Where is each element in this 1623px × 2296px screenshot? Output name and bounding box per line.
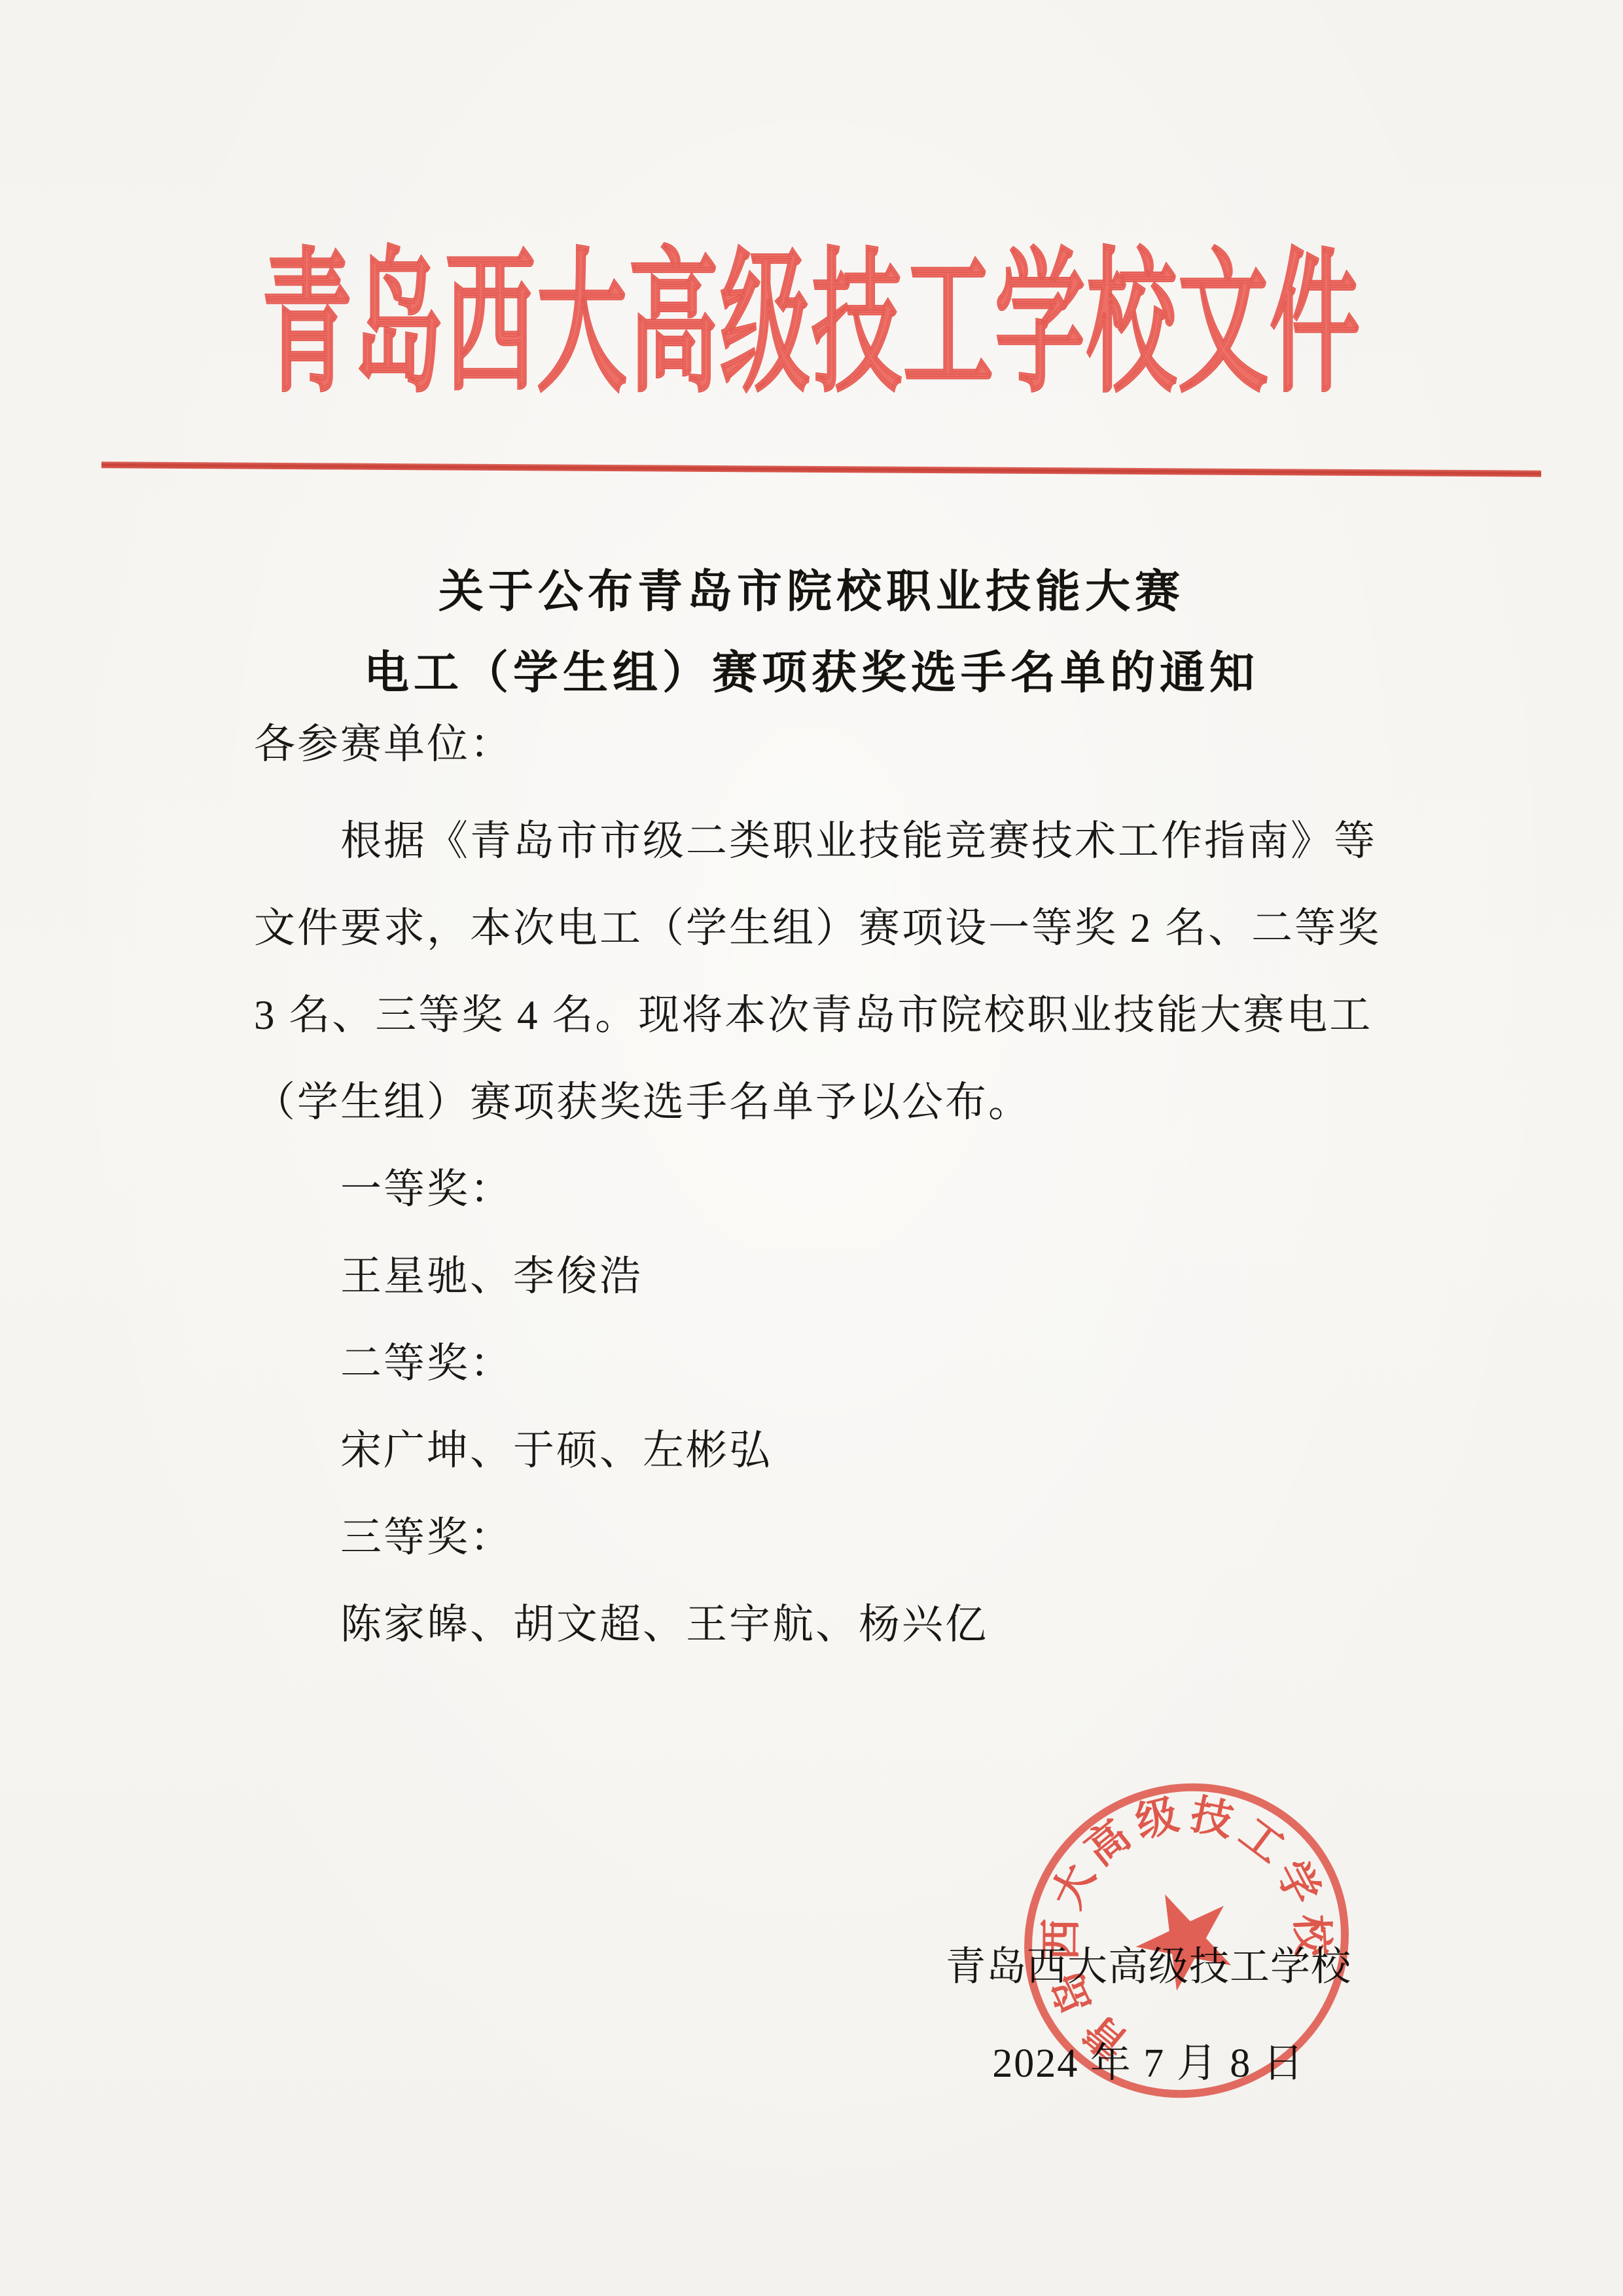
red-divider-rule (101, 461, 1541, 476)
award-label-third: 三等奖： (340, 1515, 513, 1560)
letterhead-title: 青岛西大高级技工学校文件 (0, 241, 1623, 339)
salutation: 各参赛单位： (254, 721, 513, 767)
award-label-first: 一等奖： (340, 1166, 513, 1212)
award-names-third: 陈家皞、胡文超、王宇航、杨兴亿 (340, 1602, 988, 1647)
stamp-star-icon (1121, 1874, 1248, 1999)
award-names-second: 宋广坤、于硕、左彬弘 (340, 1427, 772, 1473)
award-names-first: 王星驰、李俊浩 (340, 1253, 643, 1299)
award-label-second: 二等奖： (340, 1340, 513, 1386)
paragraph-line: 文件要求，本次电工（学生组）赛项设一等奖 2 名、二等奖 (254, 905, 1381, 951)
official-stamp: 青岛西大高级技工学校 (1003, 1757, 1370, 2124)
doc-title-line-2: 电工（学生组）赛项获奖选手名单的通知 (0, 636, 1623, 701)
stamp-rotated-group: 青岛西大高级技工学校 (1003, 1757, 1370, 2124)
doc-title-line-1: 关于公布青岛市院校职业技能大赛 (0, 555, 1623, 620)
letterhead-title-text: 青岛西大高级技工学校文件 (262, 241, 1361, 410)
paragraph-line: （学生组）赛项获奖选手名单予以公布。 (254, 1079, 1031, 1125)
paragraph-line: 3 名、三等奖 4 名。现将本次青岛市院校职业技能大赛电工 (254, 992, 1372, 1038)
paragraph-line: 根据《青岛市市级二类职业技能竞赛技术工作指南》等 (340, 818, 1377, 864)
document-page: 青岛西大高级技工学校文件 关于公布青岛市院校职业技能大赛 电工（学生组）赛项获奖… (0, 0, 1623, 2296)
